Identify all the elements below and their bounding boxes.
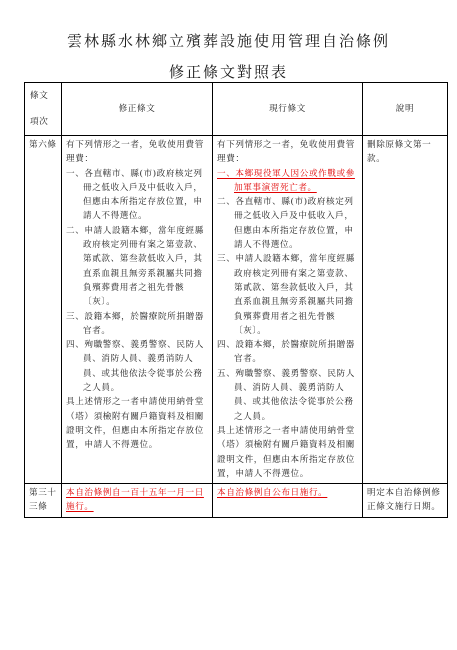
header-amended: 修正條文 <box>62 83 213 136</box>
article-cell: 第六條 <box>25 136 62 484</box>
table-row: 第六條 有下列情形之一者，免收使用費管理費： 一、各直轄市、縣(市)政府核定列冊… <box>25 136 448 484</box>
current-item-4: 四、設籍本鄉，於醫療院所捐贈器官者。 <box>217 338 359 367</box>
table-header-row: 條文 項次 修正條文 現行條文 說明 <box>25 83 448 136</box>
amended-intro: 有下列情形之一者，免收使用費管理費： <box>66 138 209 167</box>
document-title: 雲林縣水林鄉立殯葬設施使用管理自治條例 <box>0 30 457 51</box>
article-cell: 第三十三條 <box>25 484 62 518</box>
amended-item-4: 四、殉職警察、義勇警察、民防人員、消防人員、義勇消防人員、或其他依法令從事於公務… <box>66 338 209 395</box>
comparison-table: 條文 項次 修正條文 現行條文 說明 第六條 有下列情形之一者，免收使用費管理費… <box>24 82 448 518</box>
current-item-3: 三、申請人設籍本鄉，當年度經縣政府核定列冊有案之第壹款、第貳款、第叁款低收入戶，… <box>217 252 359 338</box>
amended-cell: 本自治條例自一百十五年一月一日施行。 <box>62 484 213 518</box>
amended-item-3: 三、設籍本鄉，於醫療院所捐贈器官者。 <box>66 310 209 339</box>
amended-text: 本自治條例自一百十五年一月一日施行。 <box>66 488 204 512</box>
amended-closing: 具上述情形之一者申請使用納骨堂（塔）須檢附有關戶籍資料及相關證明文件，但應由本所… <box>66 395 209 452</box>
table-row: 第三十三條 本自治條例自一百十五年一月一日施行。 本自治條例自公布日施行。 明定… <box>25 484 448 518</box>
document-subtitle: 修正條文對照表 <box>0 61 457 82</box>
current-closing: 具上述情形之一者申請使用納骨堂（塔）須檢附有關戶籍資料及相關證明文件，但應由本所… <box>217 424 359 481</box>
header-article: 條文 項次 <box>25 83 62 136</box>
current-text: 本自治條例自公布日施行。 <box>217 488 327 498</box>
amended-item-1: 一、各直轄市、縣(市)政府核定列冊之低收入戶及中低收入戶，但應由本所指定存放位置… <box>66 167 209 224</box>
current-item-5: 五、殉職警察、義勇警察、民防人員、消防人員、義勇消防人員、或其他依法令從事於公務… <box>217 367 359 424</box>
header-article-line1: 條文 <box>30 83 61 109</box>
amended-item-2: 二、申請人設籍本鄉，當年度經縣政府核定列冊有案之第壹款、第貳款、第叁款低收入戶，… <box>66 224 209 310</box>
current-cell: 有下列情形之一者，免收使用費管理費： 一、本鄉現役軍人因公或作戰或參加軍事演習死… <box>213 136 363 484</box>
explanation-cell: 刪除原條文第一款。 <box>363 136 448 484</box>
amended-cell: 有下列情形之一者，免收使用費管理費： 一、各直轄市、縣(市)政府核定列冊之低收入… <box>62 136 213 484</box>
header-article-line2: 項次 <box>30 109 61 135</box>
current-intro: 有下列情形之一者，免收使用費管理費： <box>217 138 359 167</box>
current-item-1-deleted: 一、本鄉現役軍人因公或作戰或參加軍事演習死亡者。 <box>217 167 359 196</box>
header-explanation: 說明 <box>363 83 448 136</box>
header-current: 現行條文 <box>213 83 363 136</box>
current-item-2: 二、各直轄市、縣(市)政府核定列冊之低收入戶及中低收入戶，但應由本所指定存放位置… <box>217 195 359 252</box>
explanation-cell: 明定本自治條例修正條文施行日期。 <box>363 484 448 518</box>
deleted-text: 一、本鄉現役軍人因公或作戰或參加軍事演習死亡者。 <box>217 169 355 193</box>
current-cell: 本自治條例自公布日施行。 <box>213 484 363 518</box>
